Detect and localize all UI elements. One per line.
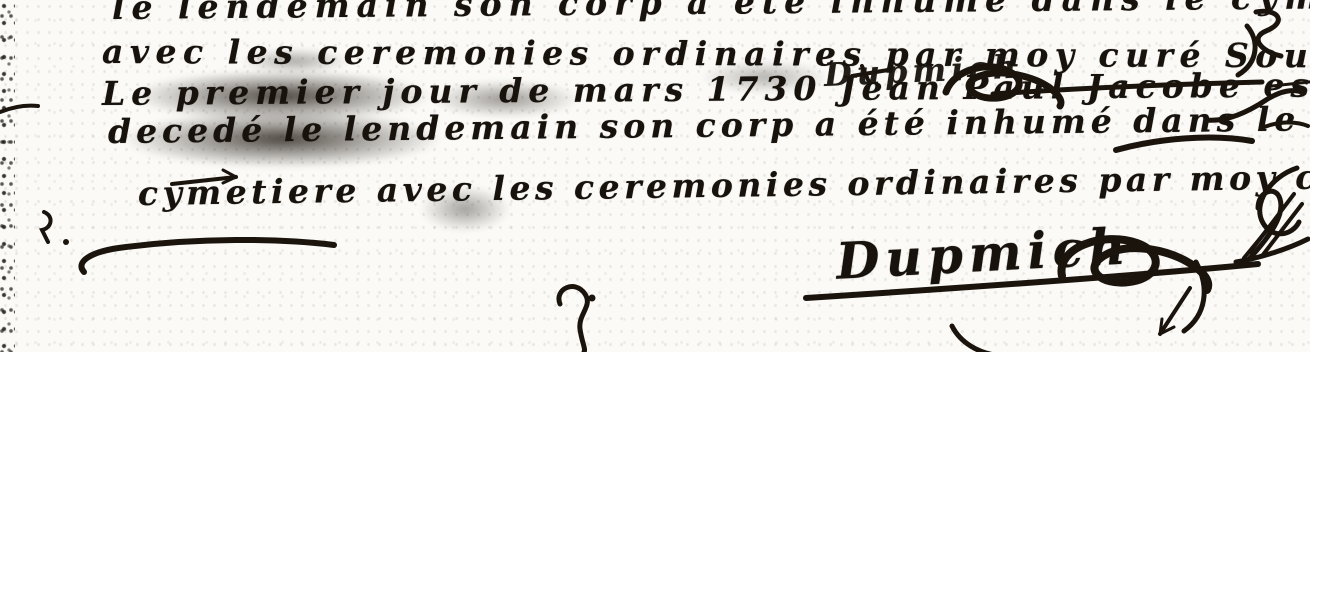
signature-paraph-ascender (1250, 191, 1281, 258)
question-dot (589, 295, 596, 302)
left-ink-dot (63, 239, 69, 245)
signature-paraph-descender (1184, 262, 1204, 331)
scanned-document: le lendemain son corp a été inhumé dans … (0, 0, 1310, 352)
arrow-down-head (1160, 319, 1174, 334)
manuscript-line-1: le lendemain son corp a été inhumé dans … (112, 0, 1310, 27)
bottom-curve-stroke (952, 326, 1002, 352)
flourish-hatch-2 (1262, 204, 1302, 256)
priest-signature: Dupmich (835, 216, 1133, 290)
flourish-hatch-3 (1244, 224, 1272, 258)
arrow-down-shaft (1160, 288, 1190, 334)
page: le lendemain son corp a été inhumé dans … (0, 0, 1321, 600)
question-stroke (559, 287, 587, 352)
page-edge-speckles (0, 0, 15, 352)
left-hook-mark (42, 212, 51, 242)
flourish-base (1236, 239, 1308, 262)
flourish-hatch-1 (1250, 194, 1294, 252)
left-curved-dash (81, 240, 334, 272)
